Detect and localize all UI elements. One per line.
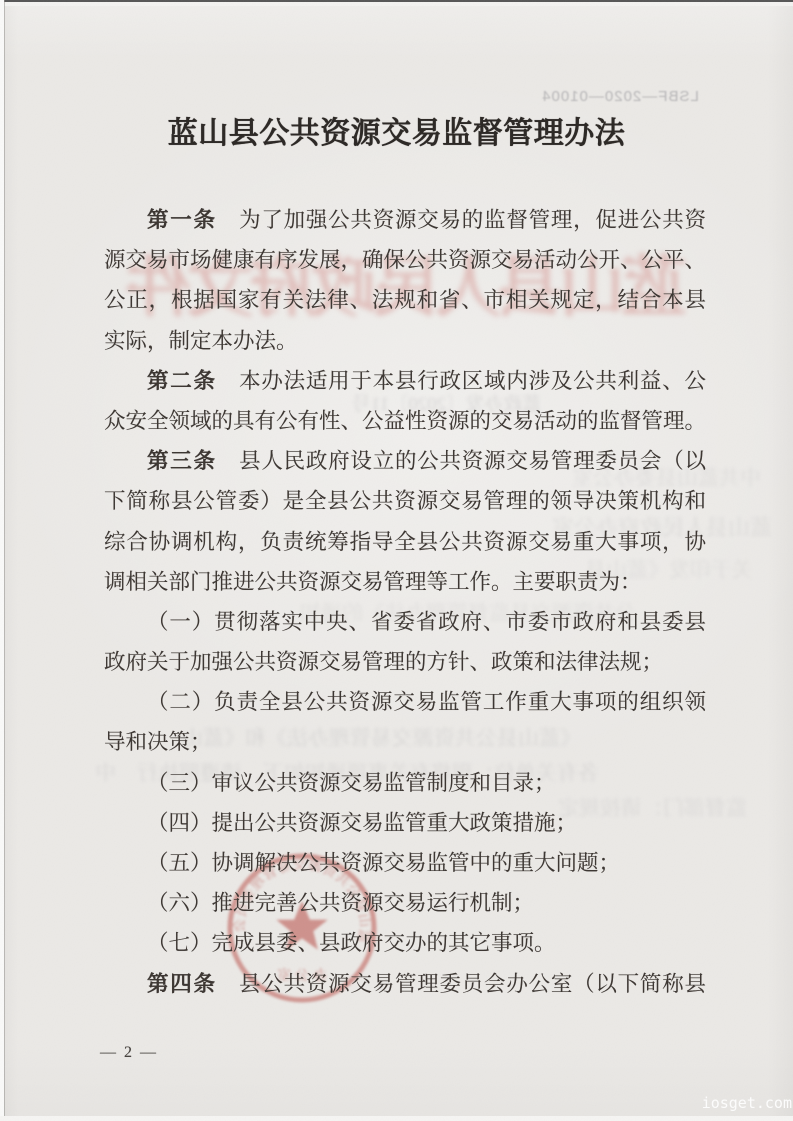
scan-bottom-edge <box>0 1116 793 1121</box>
body-line: （七）完成县委、县政府交办的其它事项。 <box>104 923 706 963</box>
body-line: 第三条 县人民政府设立的公共资源交易管理委员会（以 <box>104 441 706 481</box>
body-line: 政府关于加强公共资源交易管理的方针、政策和法律法规； <box>104 642 706 682</box>
article-number: 第三条 <box>147 449 217 473</box>
document-title: 蓝山县公共资源交易监督管理办法 <box>0 111 793 157</box>
article-number: 第一条 <box>147 208 217 232</box>
document-body: 第一条 为了加强公共资源交易的监督管理，促进公共资源交易市场健康有序发展，确保公… <box>104 200 706 1004</box>
body-line: 导和决策； <box>104 722 706 762</box>
body-line: （四）提出公共资源交易监管重大政策措施； <box>104 803 706 843</box>
bleedthrough-doc-code: LSBF—2020—01004 <box>470 88 770 105</box>
body-line: 下简称县公管委）是全县公共资源交易管理的领导决策机构和 <box>104 481 706 521</box>
body-line: 第一条 为了加强公共资源交易的监督管理，促进公共资 <box>104 200 706 240</box>
body-line: 众安全领域的具有公有性、公益性资源的交易活动的监督管理。 <box>104 401 706 441</box>
watermark: iosget.com <box>702 1094 792 1112</box>
body-line: 源交易市场健康有序发展，确保公共资源交易活动公开、公平、 <box>104 240 706 280</box>
body-line: 第四条 县公共资源交易管理委员会办公室（以下简称县 <box>104 964 706 1004</box>
body-line: 第二条 本办法适用于本县行政区域内涉及公共利益、公 <box>104 361 706 401</box>
article-number: 第四条 <box>147 972 217 996</box>
body-line: 公正，根据国家有关法律、法规和省、市相关规定，结合本县 <box>104 280 706 320</box>
body-line: （一）贯彻落实中央、省委省政府、市委市政府和县委县 <box>104 602 706 642</box>
scan-left-line <box>4 0 5 1121</box>
body-line: （二）负责全县公共资源交易监管工作重大事项的组织领 <box>104 682 706 722</box>
page-number: — 2 — <box>100 1042 190 1064</box>
body-line: （五）协调解决公共资源交易监管中的重大问题； <box>104 843 706 883</box>
body-line: 调相关部门推进公共资源交易管理等工作。主要职责为： <box>104 562 706 602</box>
body-line: （三）审议公共资源交易监管制度和目录； <box>104 763 706 803</box>
body-line: 综合协调机构，负责统筹指导全县公共资源交易重大事项，协 <box>104 522 706 562</box>
body-line: （六）推进完善公共资源交易运行机制； <box>104 883 706 923</box>
scan-top-highlight <box>0 2 793 6</box>
scanned-document-page: LSBF—2020—01004 蓝山县人民政府文件 蓝政办发〔2020〕11号中… <box>0 0 793 1121</box>
body-line: 实际，制定本办法。 <box>104 321 706 361</box>
article-number: 第二条 <box>147 369 217 393</box>
